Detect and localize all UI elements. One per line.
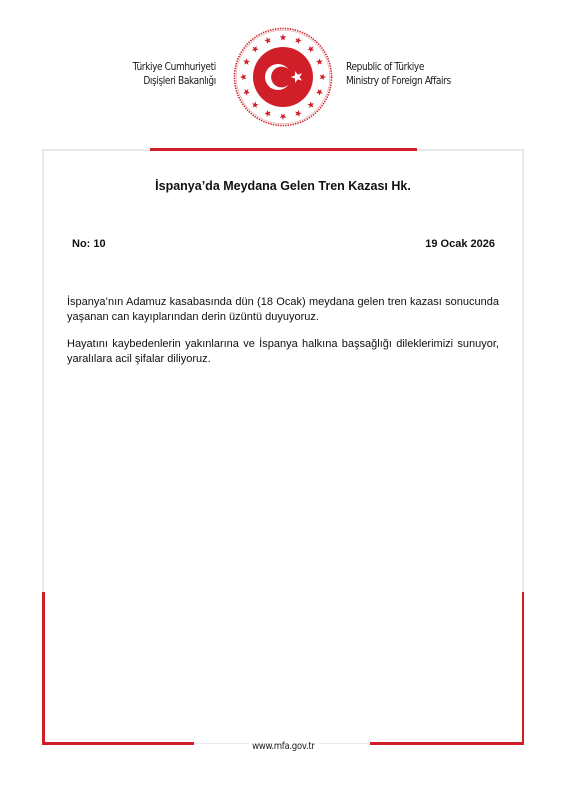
star-icon	[264, 110, 271, 117]
star-icon	[240, 74, 247, 81]
website-link[interactable]: www.mfa.gov.tr	[248, 741, 317, 752]
star-icon	[280, 114, 287, 121]
star-icon	[252, 101, 259, 108]
star-icon	[307, 46, 314, 53]
star-icon	[243, 58, 250, 65]
footer: www.mfa.gov.tr	[0, 736, 566, 754]
document-date: 19 Ocak 2026	[425, 238, 495, 250]
ministry-name-english-line1: Republic of Türkiye	[346, 60, 451, 74]
star-icon	[252, 46, 259, 53]
frame-left-gray	[42, 149, 44, 593]
document-number: No: 10	[72, 238, 106, 250]
frame-right-red	[522, 592, 525, 745]
star-icon	[295, 110, 302, 117]
mfa-emblem-logo	[233, 27, 333, 127]
star-icon	[295, 37, 302, 44]
paragraph-1: İspanya’nın Adamuz kasabasında dün (18 O…	[67, 295, 499, 324]
frame-left-red	[42, 592, 45, 745]
document-title: İspanya’da Meydana Gelen Tren Kazası Hk.	[0, 179, 566, 193]
ministry-name-turkish: Türkiye Cumhuriyeti Dışişleri Bakanlığı	[133, 60, 216, 88]
star-icon	[307, 101, 314, 108]
star-icon	[280, 34, 287, 41]
ministry-name-turkish-line2: Dışişleri Bakanlığı	[133, 74, 216, 88]
star-icon	[316, 89, 323, 96]
ministry-name-english: Republic of Türkiye Ministry of Foreign …	[346, 60, 451, 88]
star-icon	[243, 89, 250, 96]
ministry-name-turkish-line1: Türkiye Cumhuriyeti	[133, 60, 216, 74]
star-icon	[264, 37, 271, 44]
frame-right-gray	[522, 149, 524, 593]
ministry-name-english-line2: Ministry of Foreign Affairs	[346, 74, 451, 88]
paragraph-2: Hayatını kaybedenlerin yakınlarına ve İs…	[67, 337, 499, 366]
star-icon	[316, 58, 323, 65]
frame-top-red-accent	[150, 148, 417, 151]
star-icon	[320, 74, 327, 81]
